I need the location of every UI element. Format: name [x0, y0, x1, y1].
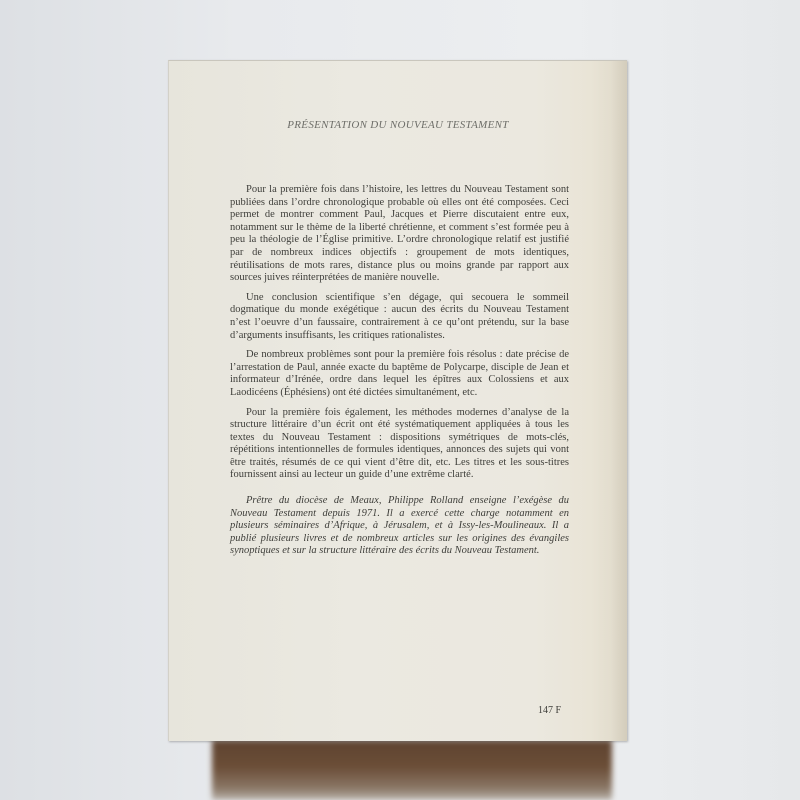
blurb-paragraph: Pour la première fois dans l’histoire, l… [230, 184, 569, 285]
cover-edge [611, 61, 627, 741]
blurb-paragraph: Pour la première fois également, les mét… [230, 407, 569, 483]
blurb-paragraph: Une conclusion scientifique s’en dégage,… [230, 292, 569, 342]
blurb-text: Pour la première fois dans l’histoire, l… [230, 184, 569, 489]
author-bio: Prêtre du diocèse de Meaux, Philippe Rol… [230, 495, 569, 558]
book-shadow [212, 740, 612, 800]
book-back-cover: PRÉSENTATION DU NOUVEAU TESTAMENT Pour l… [168, 60, 627, 741]
blurb-paragraph: De nombreux problèmes sont pour la premi… [230, 349, 569, 399]
price-label: 147 F [538, 705, 561, 716]
cover-title: PRÉSENTATION DU NOUVEAU TESTAMENT [169, 119, 627, 131]
